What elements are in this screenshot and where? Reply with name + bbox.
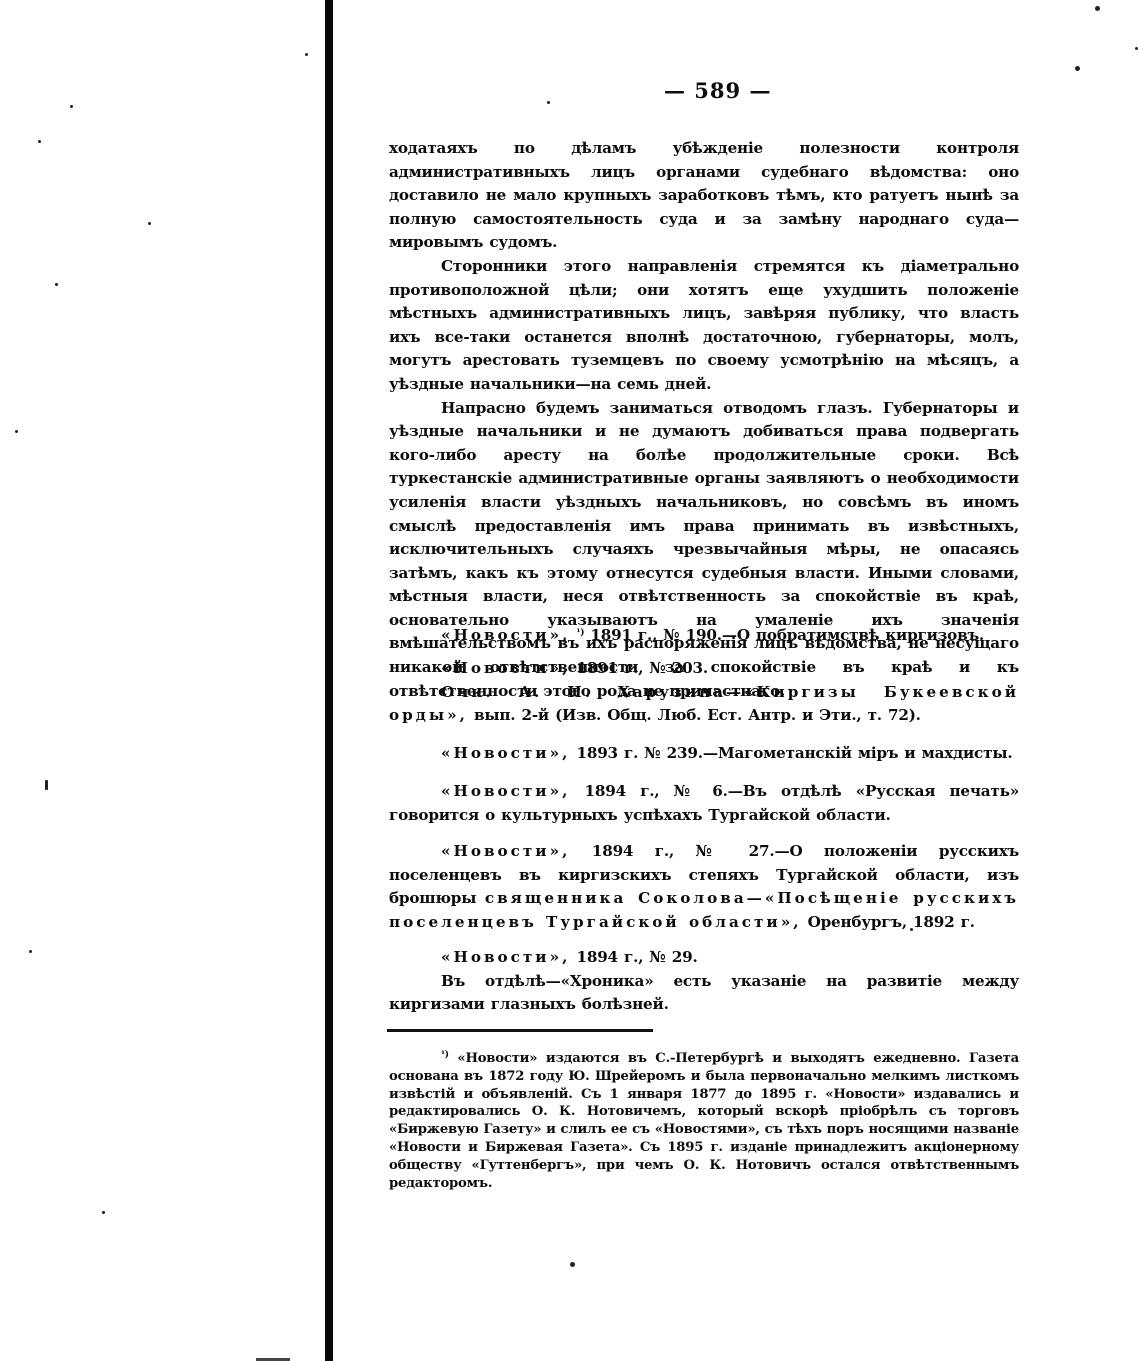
- reference-tail: Оренбургъ, 1892 г.: [808, 913, 975, 931]
- scan-speck: [102, 1211, 105, 1214]
- reference-source: «Новости»,: [441, 744, 570, 762]
- scan-speck: [29, 950, 32, 953]
- reference-item: «Новости», 1891 г., № 203. Очк. А. Н. Ха…: [389, 657, 1019, 728]
- footnote: ¹) «Новости» издаются въ С.-Петербургѣ и…: [389, 1047, 1019, 1192]
- footnote-text: «Новости» издаются въ С.-Петербургѣ и вы…: [389, 1051, 1019, 1191]
- scan-speck: [15, 430, 18, 433]
- reference-text: 1891 г., № 190.—О побратимствѣ киргизовъ…: [590, 626, 984, 644]
- reference-source: «Новости»,: [441, 659, 570, 677]
- reference-item: «Новости», 1894 г., № 29. Въ отдѣлѣ—«Хро…: [389, 946, 1019, 1017]
- reference-source: «Новости»,: [441, 842, 570, 860]
- page-number: — 589 —: [664, 78, 784, 103]
- page-binding-edge: [325, 0, 333, 1361]
- reference-detail: вып. 2-й (Изв. Общ. Люб. Ест. Антр. и Эт…: [474, 706, 921, 724]
- reference-continuation: Въ отдѣлѣ—«Хроника» есть указаніе на раз…: [389, 970, 1019, 1017]
- scan-speck: [305, 53, 308, 56]
- scan-speck: [547, 101, 550, 104]
- scan-speck: [38, 140, 41, 143]
- scan-speck: [70, 105, 73, 108]
- scan-speck: [1135, 47, 1138, 50]
- body-text: ходатаяхъ по дѣламъ убѣжденіе полезности…: [389, 137, 1019, 703]
- scan-speck: [55, 283, 58, 286]
- reference-item: «Новости», 1893 г. № 239.—Магометанскій …: [389, 742, 1019, 766]
- reference-text: 1891 г., № 203.: [576, 659, 708, 677]
- scan-speck: [148, 222, 151, 225]
- reference-item: «Новости», ¹) 1891 г., № 190.—О побратим…: [389, 622, 1019, 648]
- reference-source: «Новости»,: [441, 626, 570, 644]
- reference-author: Очк. А. Н. Харузина—: [441, 683, 744, 701]
- scan-speck: [1095, 6, 1100, 11]
- reference-item: «Новости», 1894 г., № 6.—Въ отдѣлѣ «Русс…: [389, 780, 1019, 827]
- reference-text: 1894 г., № 29.: [576, 948, 697, 966]
- scan-speck: [570, 1262, 575, 1267]
- footnote-marker[interactable]: ¹): [576, 628, 584, 638]
- reference-item: «Новости», 1894 г., № 27.—О положеніи ру…: [389, 840, 1019, 934]
- reference-source: «Новости»,: [441, 948, 570, 966]
- scan-speck: [1075, 66, 1080, 71]
- paragraph: Сторонники этого направленія стремятся к…: [389, 255, 1019, 397]
- footnote-separator: [387, 1029, 653, 1032]
- reference-text: 1893 г. № 239.—Магометанскій міръ и махд…: [576, 744, 1012, 762]
- scan-speck: [45, 780, 48, 790]
- paragraph: ходатаяхъ по дѣламъ убѣжденіе полезности…: [389, 137, 1019, 255]
- footnote-mark: ¹): [441, 1050, 449, 1060]
- reference-source: «Новости»,: [441, 782, 570, 800]
